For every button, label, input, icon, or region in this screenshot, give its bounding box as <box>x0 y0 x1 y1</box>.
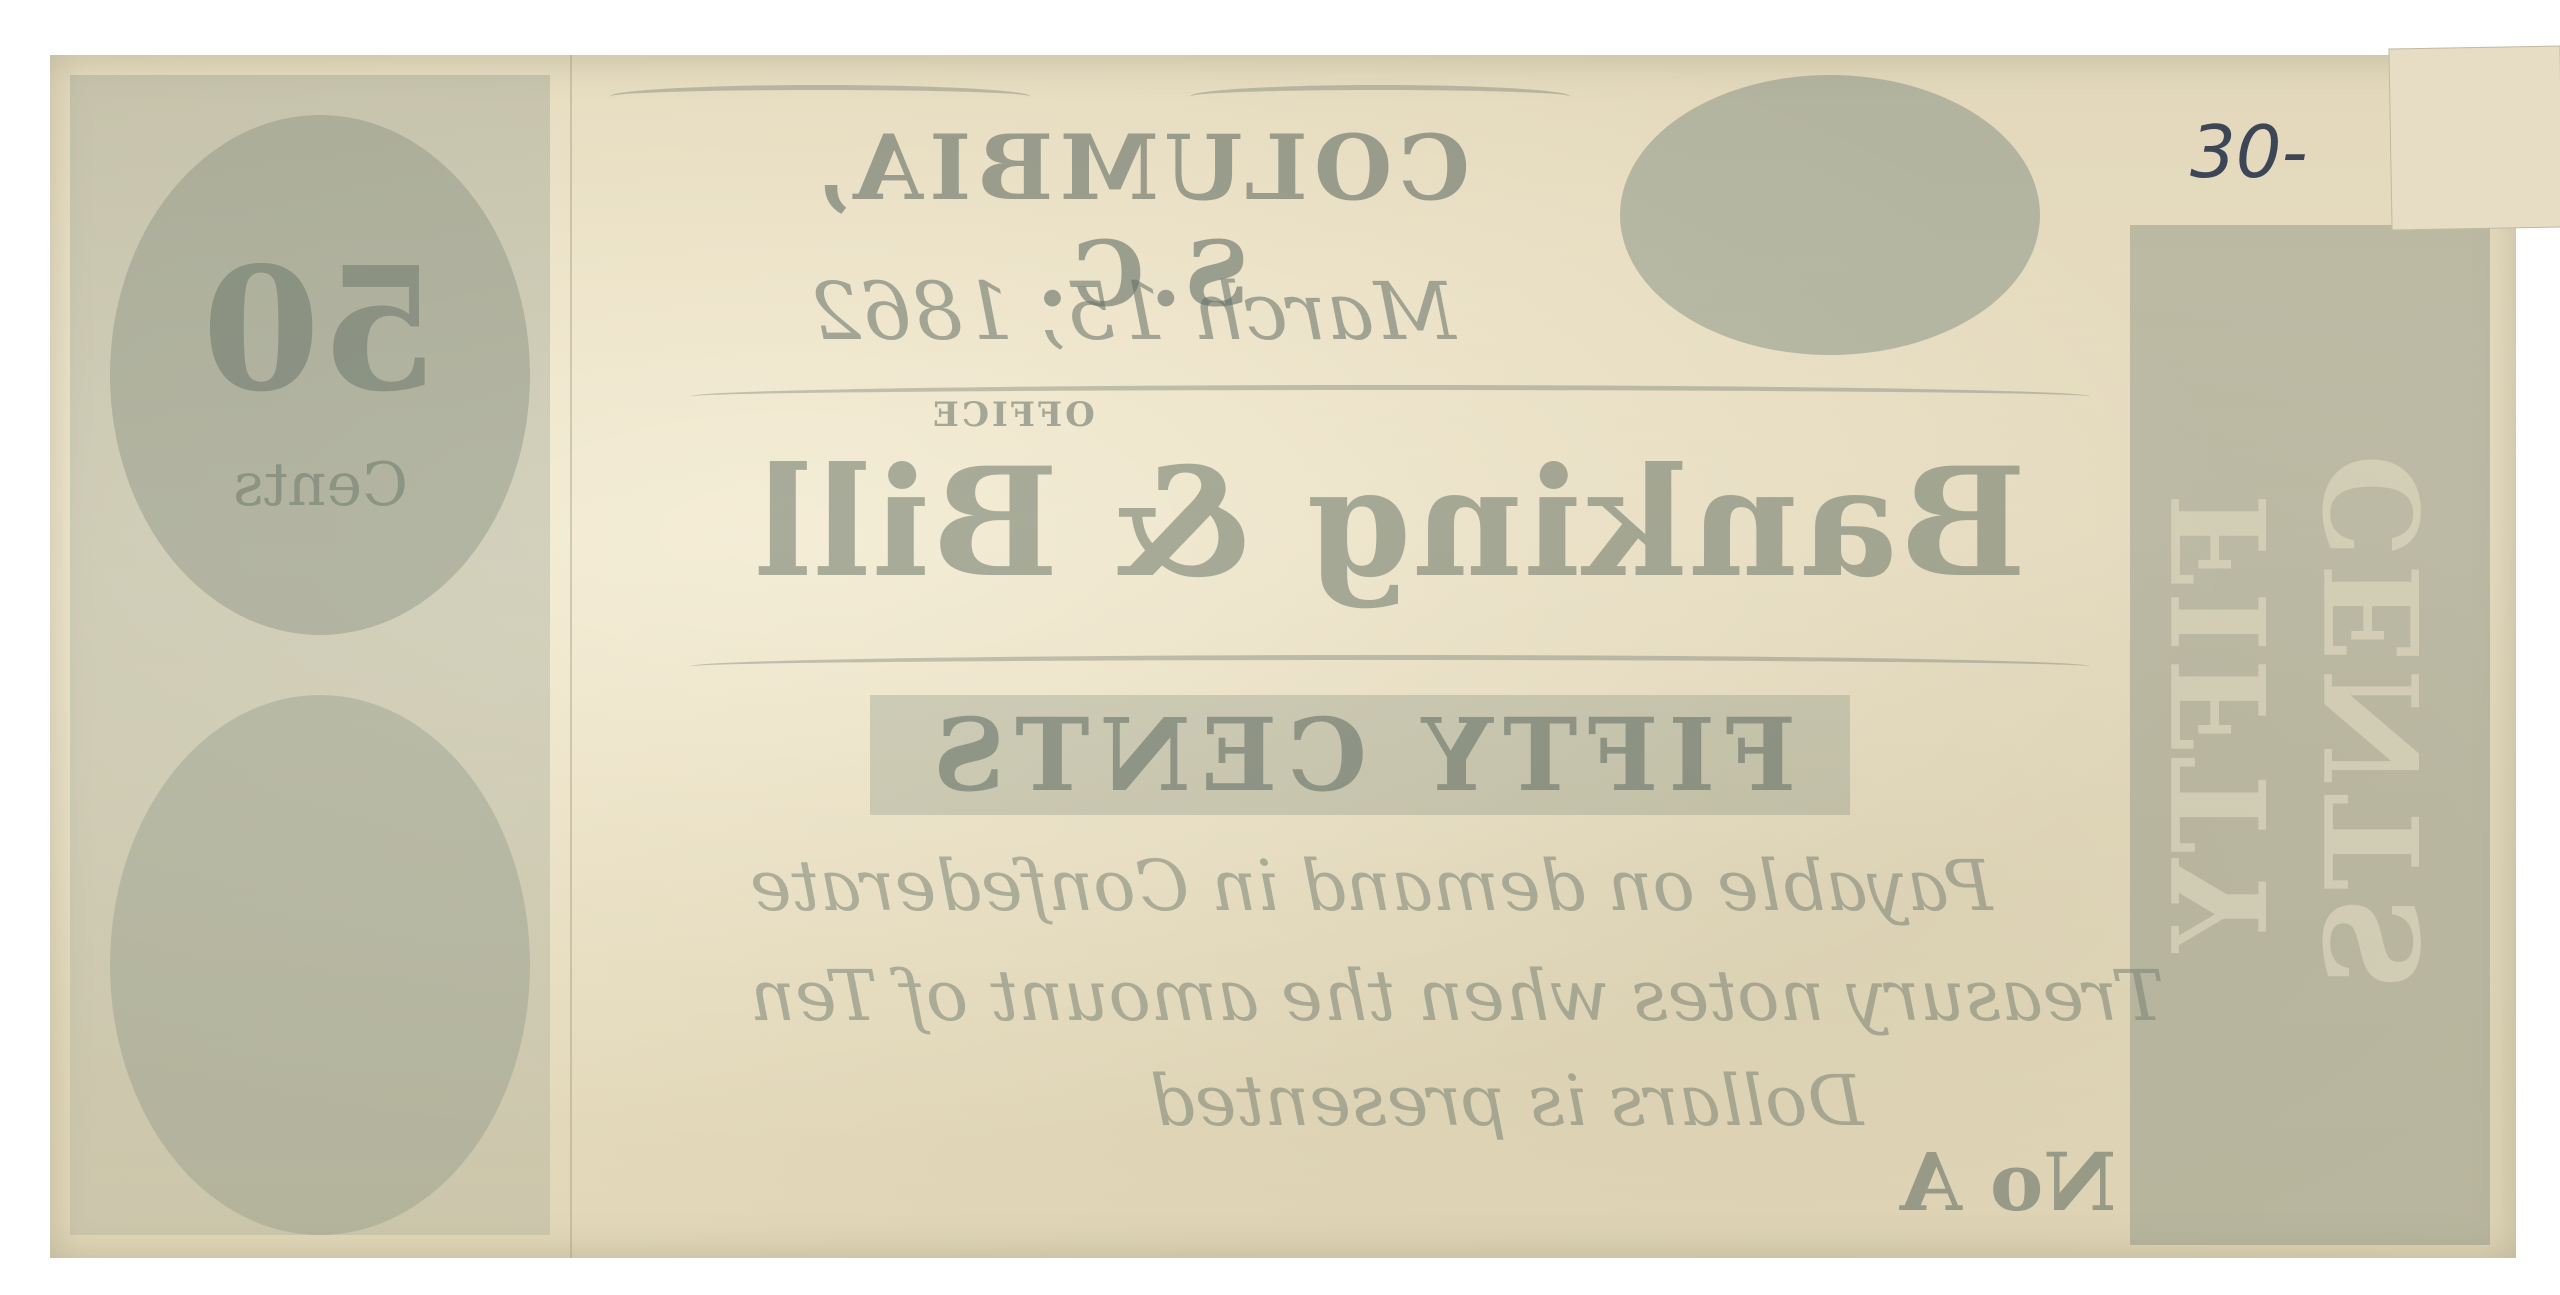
payable-line-3: Dollars is presented <box>1150 1060 1863 1142</box>
flourish-icon <box>610 85 1030 108</box>
fold-line <box>570 55 572 1258</box>
medallion-vignette-icon <box>1620 75 2040 355</box>
portrait-vignette-icon <box>110 695 530 1235</box>
flourish-icon <box>690 655 2090 678</box>
denomination-oval: 50 Cents <box>110 115 530 635</box>
serial-number: A No <box>1900 1135 2116 1229</box>
denomination-banner: FIFTY CENTS <box>870 695 1850 815</box>
left-value: 50 <box>202 230 439 430</box>
issuer-small: OFFICE <box>930 395 1095 435</box>
flourish-icon <box>690 385 2090 408</box>
flourish-icon <box>1190 85 1570 108</box>
payable-line-2: Treasury notes when the amount of Ten <box>750 955 2164 1037</box>
banknote: 50 Cents COLUMBIA, S.C. March 15, 1862 O… <box>50 55 2516 1258</box>
left-unit: Cents <box>233 450 408 520</box>
right-panel-text: FIFTY CENTS <box>2190 315 2450 1135</box>
payable-line-1: Payable on demand in Confederate <box>750 845 1993 927</box>
issuer-title: Banking & Bill <box>670 435 2110 611</box>
repair-patch <box>2388 46 2560 231</box>
left-vignette-panel: 50 Cents <box>70 75 550 1235</box>
pencil-price-annotation: 30- <box>2190 110 2308 194</box>
date-line: March 15, 1862 <box>810 265 1456 358</box>
